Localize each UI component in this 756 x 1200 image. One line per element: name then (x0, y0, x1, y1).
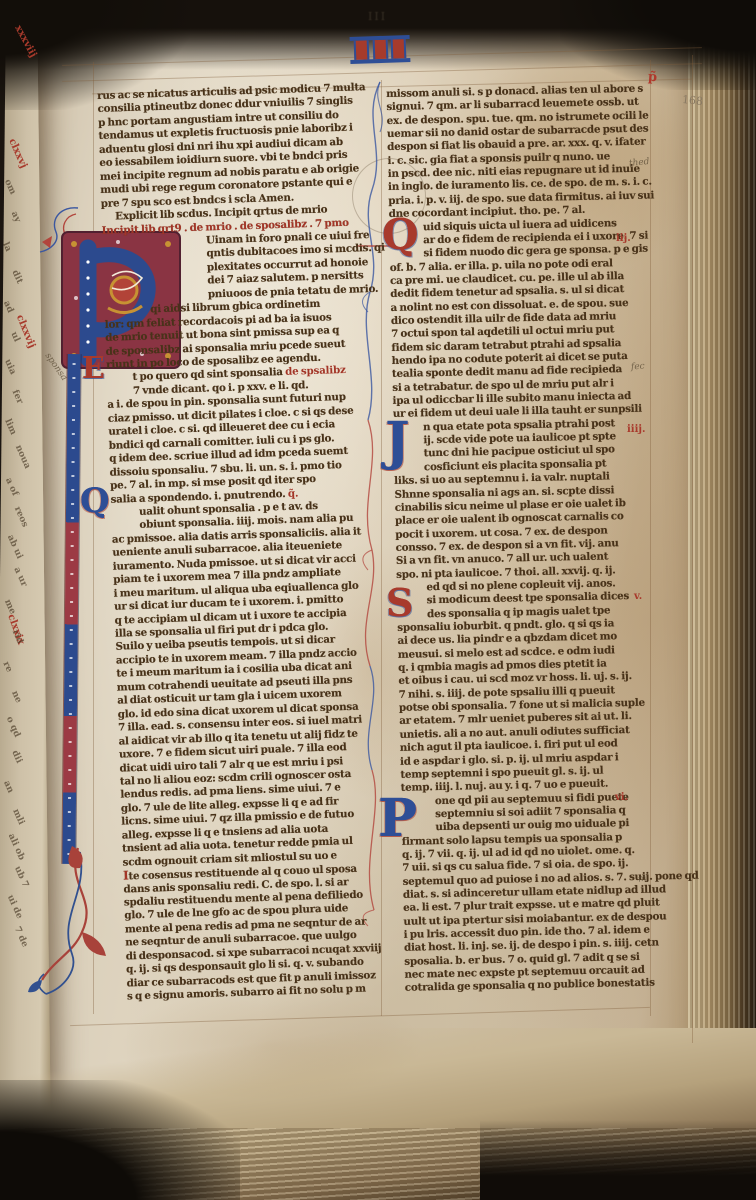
ruling-line (692, 55, 693, 1043)
numeral-bars (354, 39, 407, 60)
numeral-stroke (391, 39, 407, 59)
numeral-stroke (372, 40, 388, 60)
header-numeral (350, 35, 411, 64)
line-text-rubric: de spsalibz (285, 364, 346, 378)
penwork-initial-E: E (82, 354, 105, 384)
line-text-rubric: q̃. (285, 487, 298, 499)
right-text-column: missom anuli si. s p donacd. alias ten u… (386, 83, 668, 1023)
left-text-column: rus ac se nicatus articulis ad psic modi… (97, 80, 420, 1019)
manuscript-photo: III p̃ 168 (0, 0, 756, 1200)
book-fore-edge (688, 30, 756, 1200)
margin-question-numeral: iiij. (627, 424, 646, 435)
penwork-initial-J: J (385, 416, 410, 468)
background-shadow-bottom-left (0, 1080, 240, 1200)
margin-question-numeral: iij. (616, 233, 631, 244)
line-initial-red: I (123, 868, 129, 882)
quire-mark: p̃ (647, 70, 657, 86)
margin-question-numeral: v. (634, 591, 642, 602)
folio-number: 168 (681, 93, 703, 108)
numeral-stroke (354, 40, 370, 60)
penwork-initial-Q: Q (382, 214, 419, 256)
background-shadow-top-right (560, 0, 756, 90)
background-shadow-bottom-right (480, 1120, 756, 1200)
penwork-initial-Q: Q (80, 484, 110, 518)
margin-cursive-note: thed (629, 157, 650, 169)
margin-cursive-note: fec (631, 362, 645, 373)
header-numeral-ghost: III (368, 10, 408, 24)
penwork-initial-P: P (378, 793, 417, 845)
margin-question-numeral: vi. (615, 792, 628, 803)
margin-cursive-note: m (637, 873, 647, 885)
page-edge-streaks (688, 30, 756, 1200)
penwork-initial-S: S (386, 584, 413, 622)
